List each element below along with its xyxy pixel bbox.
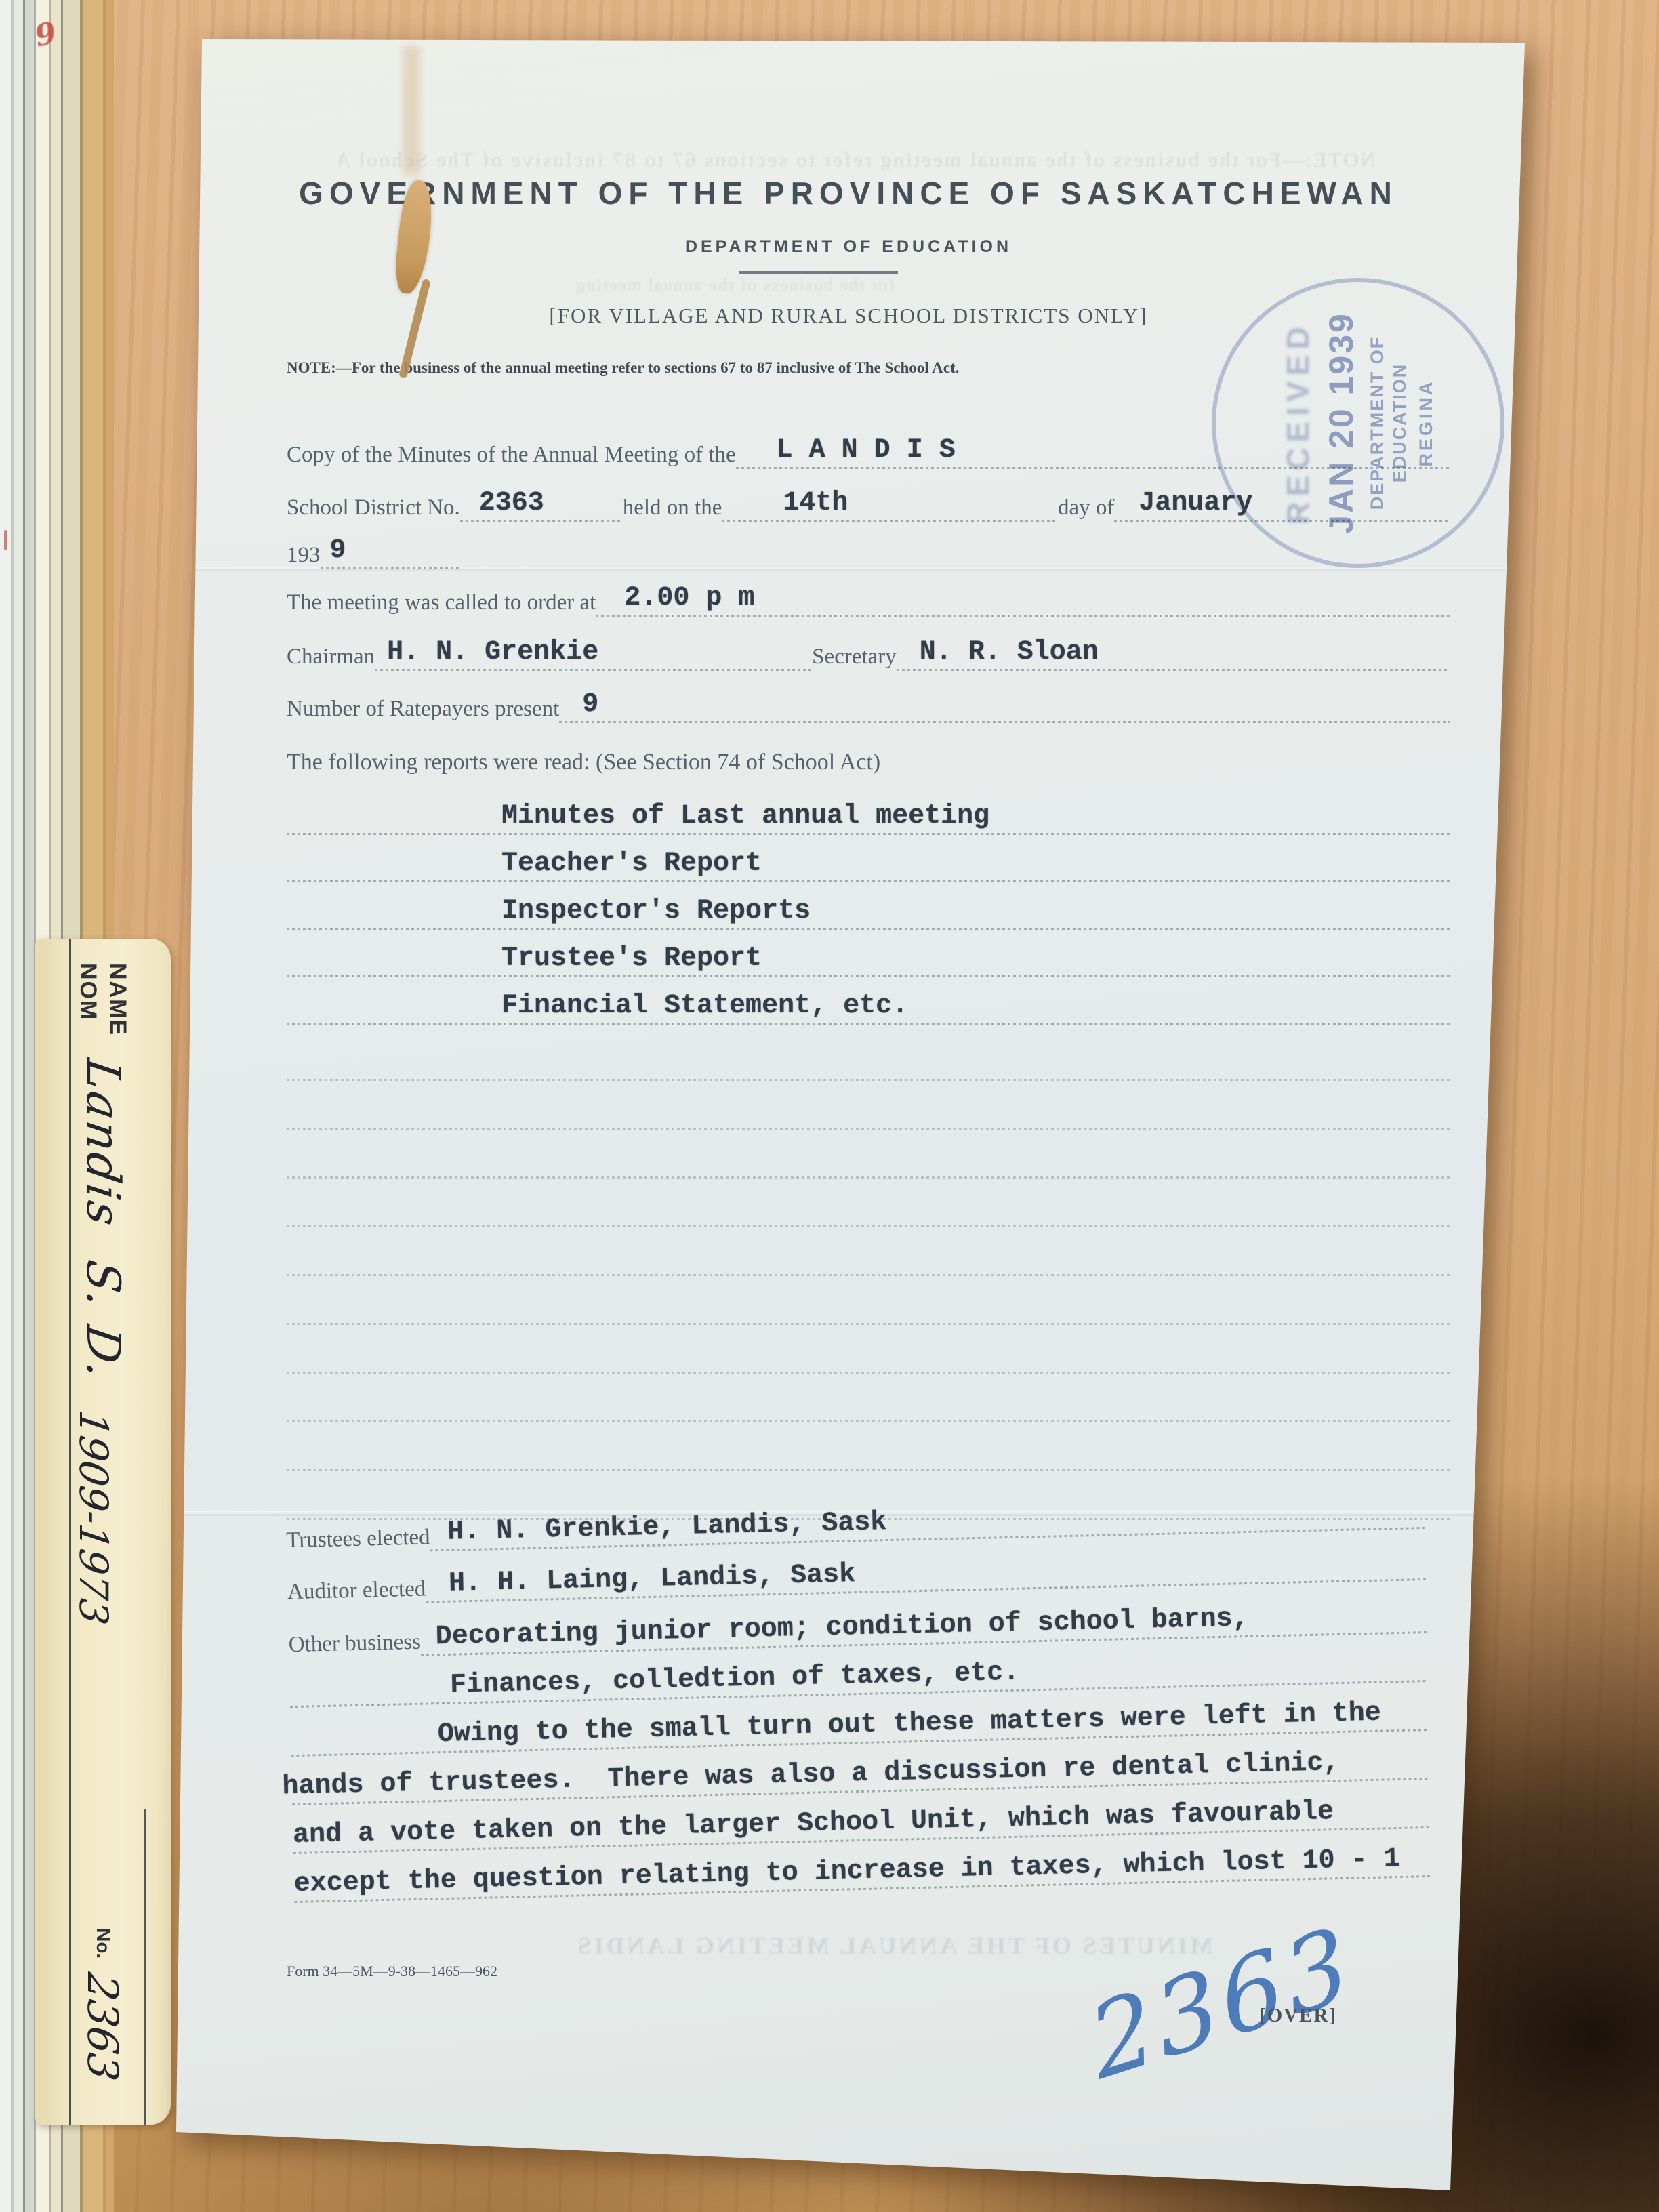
district-label: School District No.: [287, 495, 460, 527]
called-label: The meeting was called to order at: [287, 590, 596, 622]
tab-handwritten-number: 2363: [79, 1970, 128, 2084]
report-typed: Financial Statement, etc.: [501, 991, 1450, 1030]
day-typed: 14th: [783, 488, 848, 527]
district-number-row: School District No. 2363 held on the 14t…: [287, 489, 1450, 527]
auditor-label: Auditor elected: [287, 1577, 426, 1612]
districts-only-line: [FOR VILLAGE AND RURAL SCHOOL DISTRICTS …: [169, 304, 1528, 328]
year-fill-line: 9: [321, 535, 459, 575]
reports-heading: The following reports were read: (See Se…: [287, 750, 880, 775]
tab-rotated-content: NAME NOM Landis S. D. 1909-1973 No. 2363: [35, 939, 171, 2125]
auditor-typed: H. H. Laing, Landis, Sask: [449, 1559, 856, 1608]
chairman-fill-line: H. N. Grenkie: [375, 637, 812, 676]
folder-tab: NAME NOM Landis S. D. 1909-1973 No. 2363: [35, 939, 171, 2125]
report-typed: Minutes of Last annual meeting: [501, 801, 1450, 840]
form-number: Form 34—5M—9-38—1465—962: [287, 1963, 497, 1980]
copy-label: Copy of the Minutes of the Annual Meetin…: [287, 443, 736, 474]
trustees-fill-line: H. N. Grenkie, Landis, Sask: [430, 1495, 1425, 1557]
secretary-label: Secretary: [812, 644, 897, 676]
ratepayers-row: Number of Ratepayers present 9: [287, 690, 1450, 729]
report-typed: Trustee's Report: [501, 943, 1450, 983]
report-row: Inspector's Reports: [287, 896, 1450, 935]
photo-of-document: 9 NAME NOM Landis S. D. 1909-1973 No. 23…: [0, 0, 1659, 2212]
chairman-secretary-row: Chairman H. N. Grenkie Secretary N. R. S…: [287, 638, 1450, 676]
tab-no-label: No.: [92, 1928, 114, 1959]
called-to-order-row: The meeting was called to order at 2.00 …: [287, 583, 1450, 622]
date-fill-line: 14th: [722, 488, 1058, 527]
tab-name-label: NAME NOM: [73, 963, 133, 1036]
note-line: NOTE:—For the business of the annual mee…: [287, 359, 959, 377]
month-typed: January: [1139, 488, 1252, 527]
secretary-typed: N. R. Sloan: [920, 637, 1099, 676]
auditor-fill-line: H. H. Laing, Landis, Sask: [426, 1547, 1427, 1608]
ruled-line: [287, 1225, 1450, 1227]
year-row: 193 9: [287, 536, 1450, 575]
ruled-line: [287, 1079, 1450, 1081]
subtitle-rule: [739, 271, 898, 274]
district-fill-line: 2363: [460, 488, 623, 527]
page-title: GOVERNMENT OF THE PROVINCE OF SASKATCHEW…: [169, 175, 1528, 211]
copy-fill-line: L A N D I S: [736, 435, 1450, 474]
chairman-label: Chairman: [287, 644, 375, 676]
district-name-typed: L A N D I S: [777, 435, 956, 474]
red-ink-dash: [4, 530, 7, 550]
ratepayers-label: Number of Ratepayers present: [287, 697, 559, 729]
report-row: Trustee's Report: [287, 943, 1450, 983]
ruled-line: [287, 1420, 1450, 1422]
stamp-department: DEPARTMENT OF EDUCATION: [1366, 336, 1410, 510]
month-fill-line: January: [1114, 488, 1450, 527]
ruled-line: [287, 1274, 1450, 1276]
over-label: [OVER]: [1259, 2005, 1337, 2027]
report-row: Teacher's Report: [287, 848, 1450, 888]
copy-of-minutes-row: Copy of the Minutes of the Annual Meetin…: [287, 436, 1450, 474]
form-page: NOTE:—For the business of the annual mee…: [169, 39, 1528, 2192]
ruled-line: [287, 1323, 1450, 1325]
bleed-through-text: NOTE:—For the business of the annual mee…: [339, 148, 1376, 172]
ruled-line: [287, 1128, 1450, 1130]
tab-handwritten-name: Landis S. D.: [77, 1056, 130, 1384]
day-of-label: day of: [1058, 495, 1114, 527]
ratepayers-fill-line: 9: [559, 689, 1450, 729]
report-typed: Inspector's Reports: [501, 896, 1450, 935]
time-typed: 2.00 p m: [624, 583, 754, 622]
ratepayers-typed: 9: [582, 689, 598, 729]
trustees-label: Trustees elected: [286, 1525, 430, 1560]
report-row: Minutes of Last annual meeting: [287, 801, 1450, 840]
district-number-typed: 2363: [479, 488, 544, 527]
chairman-typed: H. N. Grenkie: [387, 637, 598, 676]
form-paper: NOTE:—For the business of the annual mee…: [169, 39, 1528, 2192]
report-row: Financial Statement, etc.: [287, 991, 1450, 1030]
paper-tear-stain: [403, 46, 420, 175]
year-typed: 9: [330, 535, 346, 575]
auditor-row: Auditor elected H. H. Laing, Landis, Sas…: [287, 1547, 1426, 1612]
other-business-typed: Decorating junior room; condition of sch…: [435, 1603, 1249, 1661]
ruled-line: [287, 1469, 1450, 1471]
ruled-line: [287, 1372, 1450, 1374]
tab-handwritten-years: 1909-1973: [70, 1408, 117, 1627]
ruled-line: [287, 1176, 1450, 1179]
red-ink-mark: 9: [32, 16, 60, 54]
department-subtitle: DEPARTMENT OF EDUCATION: [169, 237, 1528, 257]
year-label: 193: [287, 543, 321, 575]
secretary-fill-line: N. R. Sloan: [897, 637, 1450, 676]
time-fill-line: 2.00 p m: [596, 583, 1450, 622]
report-typed: Teacher's Report: [501, 848, 1450, 888]
other-business-label: Other business: [288, 1630, 421, 1664]
held-on-label: held on the: [623, 495, 722, 527]
